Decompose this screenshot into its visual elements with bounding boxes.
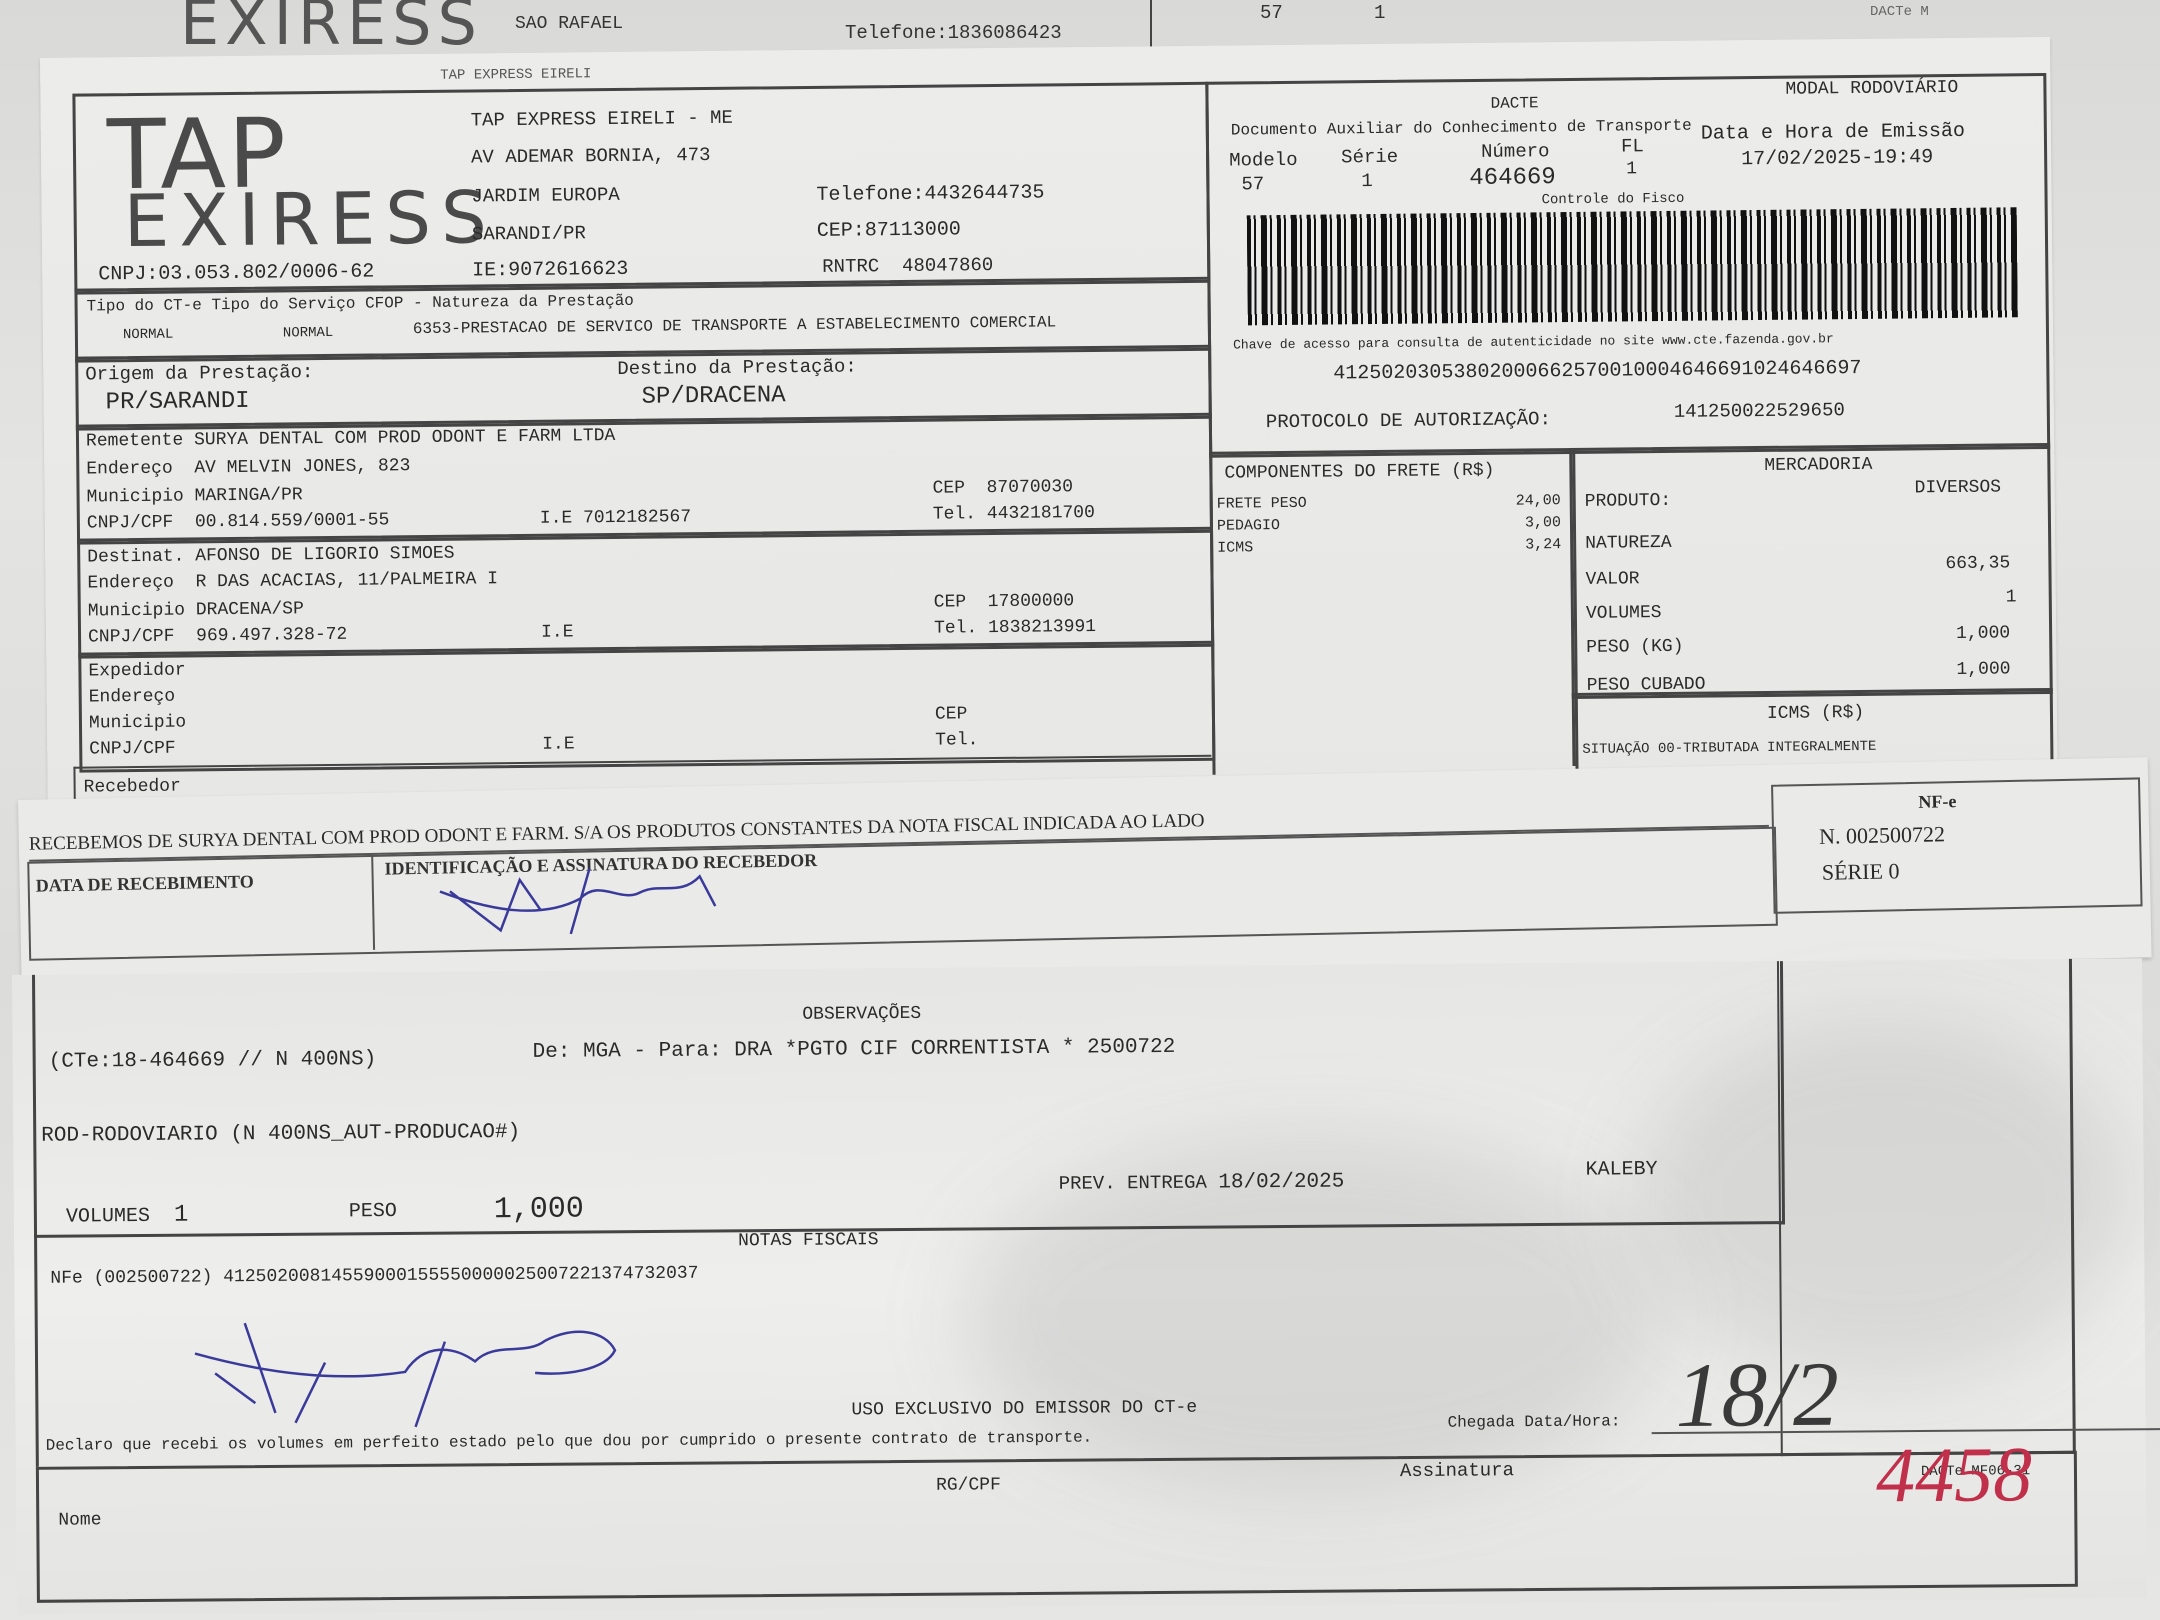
observacoes-line1a: (CTe:18-464669 // N 400NS) (49, 1048, 377, 1074)
data-recebimento-label: DATA DE RECEBIMENTO (36, 871, 254, 896)
volumes-label: VOLUMES (1586, 603, 1662, 624)
destino-value: SP/DRACENA (641, 382, 785, 411)
emissao-value: 17/02/2025-19:49 (1741, 146, 1933, 171)
tipo-cte: NORMAL (123, 327, 174, 344)
origem-value: PR/SARANDI (105, 388, 249, 417)
produto-label: PRODUTO: (1585, 491, 1672, 512)
emitter-name: TAP EXPRESS EIRELI - ME (471, 107, 733, 132)
observacoes-line2: ROD-RODOVIARIO (N 400NS_AUT-PRODUCAO#) (41, 1121, 520, 1148)
nome-label: Nome (58, 1510, 101, 1530)
valor-value: 663,35 (1945, 553, 2010, 574)
peso-obs-label: PESO (349, 1200, 397, 1223)
expedidor-endereco: Endereço (89, 687, 176, 708)
emitter-city: SARANDI/PR (472, 222, 586, 245)
expedidor-municipio: Municipio (89, 713, 186, 734)
remetente-ie: I.E 7012182567 (540, 507, 691, 529)
destinatario-endereco: Endereço R DAS ACACIAS, 11/PALMEIRA I (87, 569, 498, 593)
rodape-box (36, 1451, 2078, 1603)
uso-exclusivo: USO EXCLUSIVO DO EMISSOR DO CT-e (851, 1398, 1197, 1421)
fl-value: 1 (1626, 159, 1637, 179)
notas-title: NOTAS FISCAIS (738, 1230, 879, 1251)
background-modelo: 57 1 (1260, 2, 1385, 24)
peso-label: PESO (KG) (1586, 637, 1683, 658)
responsavel: KALEBY (1585, 1158, 1657, 1182)
company-logo-express: EXIRESS (123, 181, 497, 257)
dacte-sheet: TAP EXPRESS EIRELI TAP EXIRESS TAP EXPRE… (40, 37, 2058, 818)
handwritten-red-note: 4458 (1876, 1429, 2033, 1520)
controle-fisco-label: Controle do Fisco (1541, 191, 1684, 208)
modelo-value: 57 (1241, 173, 1264, 195)
observacoes-box (32, 961, 1785, 1238)
rg-label: RG/CPF (936, 1475, 1001, 1496)
prev-entrega: PREV. ENTREGA 18/02/2025 (1059, 1171, 1345, 1196)
destinatario-tel: Tel. 1838213991 (934, 617, 1096, 639)
protocolo-label: PROTOCOLO DE AUTORIZAÇÃO: (1266, 408, 1551, 433)
emitter-ie: IE:9072616623 (472, 258, 628, 283)
cte-barcode (1247, 207, 2018, 325)
destinatario-municipio: Municipio DRACENA/SP (88, 599, 304, 621)
expedidor-ie: I.E (542, 734, 575, 754)
expedidor-box (78, 641, 1215, 773)
icms-situacao: SITUAÇÃO 00-TRIBUTADA INTEGRALMENTE (1582, 739, 1876, 758)
expedidor-label: Expedidor (88, 661, 185, 682)
natureza-label: NATUREZA (1585, 533, 1672, 554)
peso-obs-value: 1,000 (494, 1193, 584, 1228)
origem-label: Origem da Prestação: (85, 361, 313, 385)
expedidor-tel: Tel. (935, 730, 978, 750)
volumes-value: 1 (2006, 587, 2017, 607)
frete-list: FRETE PESO24,00 PEDAGIO3,00 ICMS3,24 (1217, 492, 1562, 562)
modal-label: MODAL RODOVIÁRIO (1785, 78, 1958, 100)
remetente-tel: Tel. 4432181700 (933, 503, 1095, 525)
numero-label: Número (1481, 140, 1550, 163)
remetente-cnpj: CNPJ/CPF 00.814.559/0001-55 (87, 510, 390, 533)
remetente-municipio: Municipio MARINGA/PR (87, 485, 303, 507)
recebedor-signature (429, 845, 751, 941)
emitter-cep: CEP:87113000 (817, 218, 961, 243)
destinatario-name: Destinat. AFONSO DE LIGORIO SIMOES (87, 544, 454, 568)
emitter-phone: Telefone:4432644735 (816, 181, 1044, 206)
destinatario-cep: CEP 17800000 (934, 591, 1075, 612)
tipo-servico: NORMAL (283, 325, 334, 342)
volumes-obs: VOLUMES 1 (66, 1202, 189, 1230)
serie-value: 1 (1361, 170, 1373, 192)
numero-value: 464669 (1469, 164, 1556, 192)
expedidor-cep: CEP (935, 704, 968, 724)
valor-label: VALOR (1585, 569, 1639, 590)
remetente-cep: CEP 87070030 (932, 477, 1073, 498)
frete-item: ICMS3,24 (1217, 536, 1561, 562)
destinatario-cnpj: CNPJ/CPF 969.497.328-72 (88, 625, 347, 648)
destinatario-ie: I.E (541, 622, 574, 642)
assinatura-label: Assinatura (1400, 1459, 1514, 1482)
background-dacte-label: DACTe M (1870, 4, 1929, 20)
emitter-district: JARDIM EUROPA (471, 184, 619, 208)
dacte-title: DACTE (1490, 94, 1538, 113)
fl-label: FL (1621, 135, 1644, 157)
faded-header: TAP EXPRESS EIRELI (440, 66, 591, 84)
frete-title: COMPONENTES DO FRETE (R$) (1224, 461, 1494, 484)
produto-value: DIVERSOS (1915, 477, 2002, 498)
nfe-serie: SÉRIE 0 (1822, 858, 1900, 886)
background-logo: EXIRESS (180, 0, 483, 59)
destinatario-signature (185, 1300, 656, 1434)
destino-label: Destino da Prestação: (617, 355, 857, 380)
chegada-label: Chegada Data/Hora: (1447, 1412, 1620, 1431)
chegada-handwritten: 18/2 (1675, 1341, 1839, 1448)
recebedor-label: Recebedor (84, 777, 181, 798)
nfe-numero: N. 002500722 (1819, 821, 1945, 850)
background-city: SAO RAFAEL (515, 14, 623, 34)
background-phone: Telefone:1836086423 (845, 22, 1062, 44)
protocolo-value: 141250022529650 (1674, 399, 1845, 423)
modelo-label: Modelo (1229, 149, 1298, 172)
mercadoria-title: MERCADORIA (1764, 455, 1872, 476)
icms-title: ICMS (R$) (1767, 703, 1864, 724)
emitter-address: AV ADEMAR BORNIA, 473 (471, 144, 711, 169)
emissao-label: Data e Hora de Emissão (1701, 120, 1965, 146)
lower-sheet: OBSERVAÇÕES (CTe:18-464669 // N 400NS) D… (12, 958, 2147, 1615)
peso-value: 1,000 (1956, 623, 2010, 644)
serie-label: Série (1341, 146, 1398, 169)
peso-cubado-value: 1,000 (1956, 659, 2010, 680)
nfe-title: NF-e (1918, 791, 1956, 813)
emitter-rntrc: RNTRC 48047860 (822, 254, 993, 278)
observacoes-title: OBSERVAÇÕES (802, 1004, 921, 1025)
emitter-cnpj: CNPJ:03.053.802/0006-62 (98, 261, 374, 287)
remetente-endereco: Endereço AV MELVIN JONES, 823 (86, 456, 410, 479)
expedidor-cnpj: CNPJ/CPF (89, 739, 176, 760)
